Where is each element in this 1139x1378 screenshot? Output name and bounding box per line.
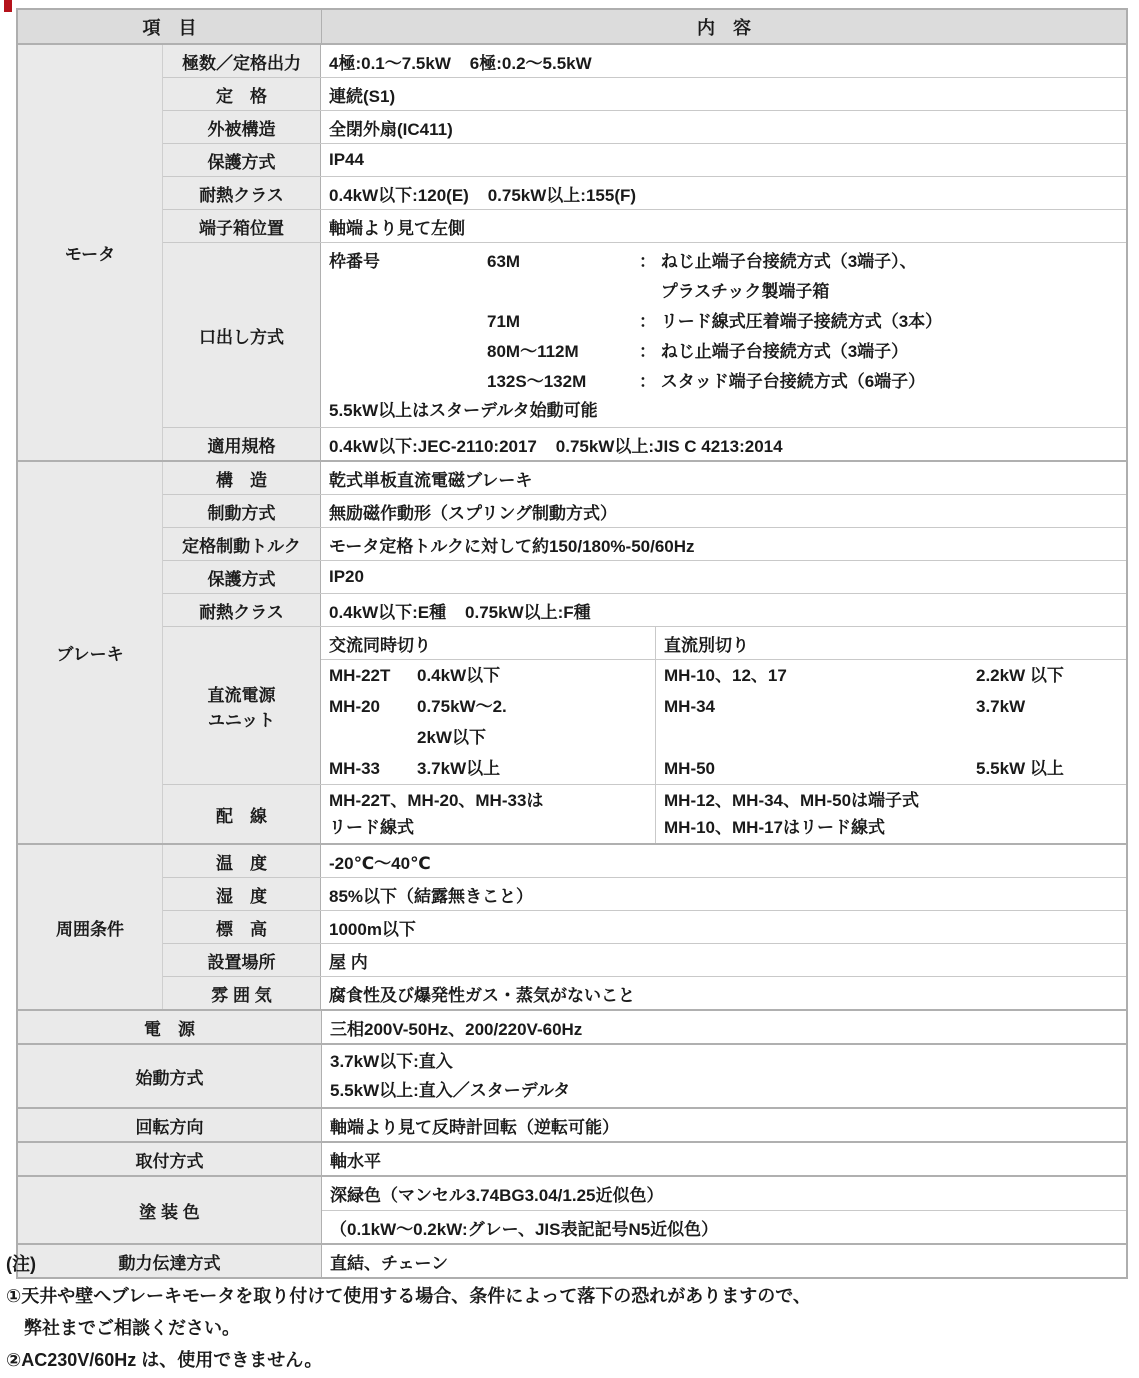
- row-rotation-direction: 回転方向 軸端より見て反時計回転（逆転可能）: [18, 1107, 1126, 1141]
- dc-right-header: 直流別切り: [656, 627, 1126, 659]
- row-brake-structure: 構 造 乾式単板直流電磁ブレーキ: [163, 462, 1126, 494]
- note-item-2: ②AC230V/60Hz は、使用できません。: [6, 1344, 1126, 1376]
- unit-range: 3.7kW: [976, 691, 1126, 722]
- row-motor-lead-wire: 口出し方式 枠番号 63M ： ねじ止端子台接続方式（3端子）、 プラスチック製…: [163, 242, 1126, 427]
- dc-label-line1: 直流電源: [208, 681, 276, 706]
- row-label: 取付方式: [18, 1143, 322, 1175]
- unit-name: MH-33: [329, 753, 417, 784]
- row-label: 電 源: [18, 1011, 322, 1043]
- row-label: 直流電源 ユニット: [163, 627, 321, 784]
- unit-name: MH-20: [329, 691, 417, 753]
- row-paint-color: 塗 装 色 深緑色（マンセル3.74BG3.04/1.25近似色） （0.1kW…: [18, 1175, 1126, 1243]
- row-ambient-atmosphere: 雰 囲 気 腐食性及び爆発性ガス・蒸気がないこと: [163, 976, 1126, 1009]
- row-value: 三相200V-50Hz、200/220V-60Hz: [322, 1011, 1126, 1043]
- row-label: 外被構造: [163, 111, 321, 143]
- row-value: 1000m以下: [321, 911, 1126, 943]
- dc-left-header: 交流同時切り: [321, 627, 656, 659]
- frame-description: ： リード線式圧着端子接続方式（3本）: [639, 307, 1126, 337]
- lead-wire-line: プラスチック製端子箱: [329, 277, 1126, 307]
- row-value: 無励磁作動形（スプリング制動方式）: [321, 495, 1126, 527]
- section-motor: モータ 極数／定格出力 4極:0.1～7.5kW 6極:0.2～5.5kW 定 …: [18, 43, 1126, 460]
- row-value: 軸水平: [322, 1143, 1126, 1175]
- frame-description: ： ねじ止端子台接続方式（3端子）、: [639, 247, 1126, 277]
- frame-description: ： ねじ止端子台接続方式（3端子）: [639, 337, 1126, 367]
- row-ambient-altitude: 標 高 1000m以下: [163, 910, 1126, 943]
- row-power-supply: 電 源 三相200V-50Hz、200/220V-60Hz: [18, 1009, 1126, 1043]
- row-label: 適用規格: [163, 428, 321, 460]
- row-label: 湿 度: [163, 878, 321, 910]
- unit-row: MH-34 3.7kW: [664, 691, 1126, 722]
- unit-range: 5.5kW 以上: [976, 753, 1126, 784]
- row-motor-thermal-class: 耐熱クラス 0.4kW以下:120(E) 0.75kW以上:155(F): [163, 176, 1126, 209]
- paint-color-line1: 深緑色（マンセル3.74BG3.04/1.25近似色）: [322, 1177, 1126, 1210]
- row-label: 耐熱クラス: [163, 594, 321, 626]
- section-brake: ブレーキ 構 造 乾式単板直流電磁ブレーキ 制動方式 無励磁作動形（スプリング制…: [18, 460, 1126, 843]
- row-value: モータ定格トルクに対して約150/180%-50/60Hz: [321, 528, 1126, 560]
- row-motor-enclosure: 外被構造 全閉外扇(IC411): [163, 110, 1126, 143]
- section-ambient-body: 温 度 -20℃～40℃ 湿 度 85%以下（結露無きこと） 標 高 1000m…: [163, 845, 1126, 1009]
- row-value: IP20: [321, 561, 1126, 593]
- row-label: 定格制動トルク: [163, 528, 321, 560]
- unit-row: MH-33 3.7kW以上: [329, 753, 655, 784]
- row-value: 85%以下（結露無きこと）: [321, 878, 1126, 910]
- page: { "accent_color": "#b5121b", "header": {…: [0, 0, 1139, 1378]
- dc-label-line2: ユニット: [208, 706, 275, 731]
- frame-number: 80M～112M: [487, 337, 639, 367]
- header-item-cell: 項 目: [18, 10, 322, 43]
- row-value: IP44: [321, 144, 1126, 176]
- row-brake-wiring: 配 線 MH-22T、MH-20、MH-33は リード線式 MH-12、MH-3…: [163, 784, 1126, 843]
- row-brake-torque: 定格制動トルク モータ定格トルクに対して約150/180%-50/60Hz: [163, 527, 1126, 560]
- spec-table: 項 目 内 容 モータ 極数／定格出力 4極:0.1～7.5kW 6極:0.2～…: [16, 8, 1128, 1279]
- section-motor-body: 極数／定格出力 4極:0.1～7.5kW 6極:0.2～5.5kW 定 格 連続…: [163, 45, 1126, 460]
- row-starting-method: 始動方式 3.7kW以下:直入 5.5kW以上:直入／スターデルタ: [18, 1043, 1126, 1107]
- table-header-row: 項 目 内 容: [18, 10, 1126, 43]
- row-label: 温 度: [163, 845, 321, 877]
- unit-range: 0.4kW以下: [417, 660, 655, 691]
- lead-wire-line: 132S～132M ： スタッド端子台接続方式（6端子）: [329, 367, 1126, 397]
- row-value: 屋 内: [321, 944, 1126, 976]
- row-value: 4極:0.1～7.5kW 6極:0.2～5.5kW: [321, 45, 1126, 77]
- section-ambient-label: 周囲条件: [18, 845, 163, 1009]
- unit-row: MH-50 5.5kW 以上: [664, 753, 1126, 784]
- row-label: 始動方式: [18, 1045, 322, 1107]
- row-brake-method: 制動方式 無励磁作動形（スプリング制動方式）: [163, 494, 1126, 527]
- row-value: 0.4kW以下:120(E) 0.75kW以上:155(F): [321, 177, 1126, 209]
- row-value: 0.4kW以下:JEC-2110:2017 0.75kW以上:JIS C 421…: [321, 428, 1126, 460]
- section-brake-label: ブレーキ: [18, 462, 163, 843]
- row-label: 定 格: [163, 78, 321, 110]
- section-ambient: 周囲条件 温 度 -20℃～40℃ 湿 度 85%以下（結露無きこと） 標 高 …: [18, 843, 1126, 1009]
- header-content-cell: 内 容: [322, 10, 1126, 43]
- frame-description: ： スタッド端子台接続方式（6端子）: [639, 367, 1126, 397]
- star-delta-note: 5.5kW以上はスターデルタ始動可能: [329, 397, 1126, 425]
- row-label: 極数／定格出力: [163, 45, 321, 77]
- row-brake-protection: 保護方式 IP20: [163, 560, 1126, 593]
- lead-wire-line: 71M ： リード線式圧着端子接続方式（3本）: [329, 307, 1126, 337]
- footnotes: (注) ①天井や壁へブレーキモータを取り付けて使用する場合、条件によって落下の恐…: [6, 1248, 1126, 1376]
- row-label: 標 高: [163, 911, 321, 943]
- row-label: 配 線: [163, 785, 321, 843]
- row-label: 口出し方式: [163, 243, 321, 427]
- section-motor-label: モータ: [18, 45, 163, 460]
- dc-left-units: MH-22T 0.4kW以下 MH-20 0.75kW～2. 2kW以下 MH-…: [321, 660, 656, 784]
- dc-right-units: MH-10、12、17 2.2kW 以下 MH-34 3.7kW MH-50 5…: [656, 660, 1126, 784]
- dc-unit-body: 交流同時切り 直流別切り MH-22T 0.4kW以下 MH-20 0.75kW…: [321, 627, 1126, 784]
- row-label: 端子箱位置: [163, 210, 321, 242]
- red-corner-marker: [4, 0, 12, 12]
- row-value: 乾式単板直流電磁ブレーキ: [321, 462, 1126, 494]
- row-brake-dc-unit: 直流電源 ユニット 交流同時切り 直流別切り MH-22T 0.4kW以下: [163, 626, 1126, 784]
- unit-range: 2.2kW 以下: [976, 660, 1126, 691]
- row-value: 軸端より見て左側: [321, 210, 1126, 242]
- unit-name: MH-10、12、17: [664, 660, 976, 691]
- row-label: 回転方向: [18, 1109, 322, 1141]
- unit-name: MH-34: [664, 691, 976, 722]
- lead-wire-line: 80M～112M ： ねじ止端子台接続方式（3端子）: [329, 337, 1126, 367]
- row-ambient-location: 設置場所 屋 内: [163, 943, 1126, 976]
- frame-number: 71M: [487, 307, 639, 337]
- row-motor-rating: 定 格 連続(S1): [163, 77, 1126, 110]
- paint-color-line2: （0.1kW～0.2kW:グレー、JIS表記記号N5近似色）: [322, 1210, 1126, 1243]
- unit-name: MH-50: [664, 753, 976, 784]
- unit-row-spacer: [664, 722, 1126, 753]
- row-ambient-temperature: 温 度 -20℃～40℃: [163, 845, 1126, 877]
- row-label: 保護方式: [163, 561, 321, 593]
- row-ambient-humidity: 湿 度 85%以下（結露無きこと）: [163, 877, 1126, 910]
- row-mounting: 取付方式 軸水平: [18, 1141, 1126, 1175]
- row-label: 塗 装 色: [18, 1177, 322, 1243]
- frame-number: 132S～132M: [487, 367, 639, 397]
- unit-range: 3.7kW以上: [417, 753, 655, 784]
- unit-row: MH-22T 0.4kW以下: [329, 660, 655, 691]
- note-item-1-continued: 弊社までご相談ください。: [6, 1312, 1126, 1344]
- row-label: 設置場所: [163, 944, 321, 976]
- dc-unit-header: 交流同時切り 直流別切り: [321, 627, 1126, 659]
- unit-name: MH-22T: [329, 660, 417, 691]
- row-value: 腐食性及び爆発性ガス・蒸気がないこと: [321, 977, 1126, 1009]
- row-value: 0.4kW以下:E種 0.75kW以上:F種: [321, 594, 1126, 626]
- row-label: 保護方式: [163, 144, 321, 176]
- row-value: 全閉外扇(IC411): [321, 111, 1126, 143]
- lead-wire-table: 枠番号 63M ： ねじ止端子台接続方式（3端子）、 プラスチック製端子箱 71…: [321, 243, 1126, 427]
- row-motor-protection: 保護方式 IP44: [163, 143, 1126, 176]
- row-value: 連続(S1): [321, 78, 1126, 110]
- note-item-1: ①天井や壁へブレーキモータを取り付けて使用する場合、条件によって落下の恐れがあり…: [6, 1280, 1126, 1312]
- row-value: -20℃～40℃: [321, 845, 1126, 877]
- row-label: 構 造: [163, 462, 321, 494]
- unit-row: MH-10、12、17 2.2kW 以下: [664, 660, 1126, 691]
- row-motor-terminal-box: 端子箱位置 軸端より見て左側: [163, 209, 1126, 242]
- row-brake-thermal-class: 耐熱クラス 0.4kW以下:E種 0.75kW以上:F種: [163, 593, 1126, 626]
- unit-range: 0.75kW～2. 2kW以下: [417, 691, 655, 753]
- row-label: 耐熱クラス: [163, 177, 321, 209]
- lead-wire-line: 枠番号 63M ： ねじ止端子台接続方式（3端子）、: [329, 247, 1126, 277]
- section-brake-body: 構 造 乾式単板直流電磁ブレーキ 制動方式 無励磁作動形（スプリング制動方式） …: [163, 462, 1126, 843]
- frame-col-title: 枠番号: [329, 247, 487, 277]
- row-label: 制動方式: [163, 495, 321, 527]
- wiring-right: MH-12、MH-34、MH-50は端子式 MH-10、MH-17はリード線式: [656, 785, 1126, 843]
- note-title: (注): [6, 1248, 1126, 1280]
- paint-color-body: 深緑色（マンセル3.74BG3.04/1.25近似色） （0.1kW～0.2kW…: [322, 1177, 1126, 1243]
- frame-number: 63M: [487, 247, 639, 277]
- row-value: 3.7kW以下:直入 5.5kW以上:直入／スターデルタ: [322, 1045, 1126, 1107]
- frame-description: プラスチック製端子箱: [639, 277, 1126, 307]
- dc-unit-rows: MH-22T 0.4kW以下 MH-20 0.75kW～2. 2kW以下 MH-…: [321, 659, 1126, 784]
- row-motor-poles: 極数／定格出力 4極:0.1～7.5kW 6極:0.2～5.5kW: [163, 45, 1126, 77]
- wiring-left: MH-22T、MH-20、MH-33は リード線式: [321, 785, 656, 843]
- unit-row: MH-20 0.75kW～2. 2kW以下: [329, 691, 655, 753]
- row-label: 雰 囲 気: [163, 977, 321, 1009]
- row-motor-standards: 適用規格 0.4kW以下:JEC-2110:2017 0.75kW以上:JIS …: [163, 427, 1126, 460]
- row-value: 軸端より見て反時計回転（逆転可能）: [322, 1109, 1126, 1141]
